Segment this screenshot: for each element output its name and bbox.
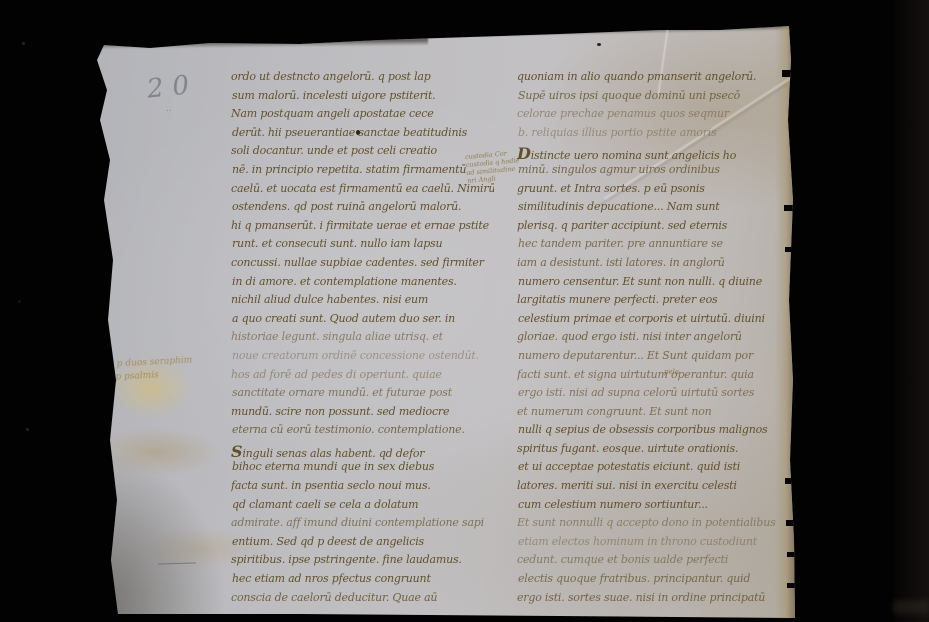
text-line: mundū. scire non possunt. sed mediocre — [231, 405, 494, 424]
text-line: ordo ut destncto angelorū. q post lap — [231, 70, 494, 89]
text-line: etiam electos hominum in throno custodiu… — [518, 535, 792, 554]
text-line: Nam postquam angeli apostatae cece — [231, 107, 494, 126]
slide-frame-strip — [893, 0, 929, 622]
text-line: admirate. aff imund diuini contemplation… — [231, 516, 494, 535]
manuscript-page: 20 .. quid p duos seraphimo se p psalmis… — [0, 0, 929, 622]
text-line: minū. singulos agmur uiros ordinibus — [518, 163, 792, 182]
text-line: et numerum congruunt. Et sunt non — [517, 405, 791, 424]
text-line: entium. Sed qd p deest de angelicis — [232, 535, 495, 554]
text-line: celestium primae et corporis et uirtutū.… — [518, 312, 792, 331]
ink-speck — [356, 130, 360, 135]
text-line: electis quoque fratribus. principantur. … — [518, 572, 792, 591]
folio-number: 20 — [146, 69, 200, 104]
frame-smudge — [893, 600, 929, 614]
text-line: plerisq. q pariter accipiunt. sed eterni… — [517, 219, 791, 238]
page-top-edge-shadow — [98, 39, 428, 49]
text-line: nulli q sepius de obsessis corporibus ma… — [518, 423, 792, 442]
text-line: ostendens. qd post ruinā angelorū malorū… — [232, 200, 495, 219]
text-line: quoniam in alio quando pmanserit angelor… — [517, 70, 791, 89]
text-line: hos ad forē ad pedes di operiunt. quiae — [231, 368, 494, 387]
text-line: facta sunt. in psentia seclo noui mus. — [231, 479, 494, 498]
ink-speck — [597, 43, 601, 46]
text-line: caelū. et uocata est firmamentū ea caelū… — [231, 182, 494, 201]
text-line: spiritus fugant. eosque. uirtute oration… — [517, 442, 791, 461]
pencil-mark — [158, 562, 196, 564]
edge-notch — [785, 478, 795, 484]
text-line: gruunt. et Intra sortes. p eū psonis — [517, 182, 791, 201]
text-line: Singuli senas alas habent. qd defor — [231, 442, 494, 461]
dust-speck — [18, 300, 21, 303]
text-line: Et sunt nonnulli q accepto dono in poten… — [517, 516, 791, 535]
text-line: facti sunt. et signa uirtutum operantur.… — [517, 368, 791, 387]
edge-notch — [782, 70, 793, 77]
edge-notch — [787, 552, 796, 557]
text-line: b. reliquias illius portio pstite amoris — [518, 126, 792, 145]
text-line: conscia de caelorū deducitur. Quae aū — [231, 591, 494, 610]
text-line: hec etiam ad nros pfectus congruunt — [232, 572, 495, 591]
text-line: runt. et consecuti sunt. nullo iam lapsu — [232, 237, 495, 256]
text-line: derūt. hii pseuerantiae sanctae beatitud… — [232, 126, 495, 145]
page-top-edge-shadow — [98, 25, 798, 46]
text-column-left: ordo ut destncto angelorū. q post lapsum… — [231, 70, 494, 609]
text-line: noue creatorum ordinē concessione ostend… — [232, 349, 495, 368]
margin-annotation: quid p duos seraphimo se p psalmis — [93, 352, 234, 385]
text-line: Distincte uero nomina sunt angelicis ho — [517, 144, 791, 163]
text-line: numero deputarentur... Et Sunt quidam po… — [518, 349, 792, 368]
text-line: hi q pmanserūt. i firmitate uerae et ern… — [231, 219, 494, 238]
dust-speck — [26, 428, 29, 431]
text-line: sanctitate ornare mundū. et futurae post — [232, 386, 495, 405]
text-line: Supē uiros ipsi quoque dominū uni psecō — [518, 89, 792, 108]
text-line: spiritibus. ipse pstringente. fine lauda… — [231, 553, 494, 572]
text-line: ergo isti. sortes suae. nisi in ordine p… — [517, 591, 791, 610]
text-line: gloriae. quod ergo isti. nisi inter ange… — [517, 330, 791, 349]
text-line: celorae prechae penamus quos seqmur — [517, 107, 791, 126]
text-line: iam a desistunt. isti latores. in anglor… — [517, 256, 791, 275]
text-line: cum celestium numero sortiuntur... — [518, 498, 792, 517]
text-line: soli docantur. unde et post celi creatio — [231, 144, 494, 163]
text-line: largitatis munere perfecti. preter eos — [517, 293, 791, 312]
text-line: nē. in principio repetita. statim firmam… — [232, 163, 495, 182]
text-line: historiae legunt. singula aliae utrisq. … — [231, 330, 494, 349]
slide-photograph: 20 .. quid p duos seraphimo se p psalmis… — [0, 0, 929, 622]
pencil-marks: .. — [166, 104, 172, 114]
text-line: sum malorū. incelesti uigore pstiterit. — [232, 89, 495, 108]
text-line: concussi. nullae supbiae cadentes. sed f… — [231, 256, 494, 275]
text-line: et ui acceptae potestatis eiciunt. quid … — [518, 460, 792, 479]
text-line: a quo creati sunt. Quod autem duo ser. i… — [232, 312, 495, 331]
text-line: ergo isti. nisi ad supna celorū uirtutū … — [518, 386, 792, 405]
text-line: hec tandem pariter. pre annuntiare se — [518, 237, 792, 256]
text-line: numero censentur. Et sunt non nulli. q d… — [518, 275, 792, 294]
text-line: eterna cū eorū testimonio. contemplation… — [232, 423, 495, 442]
text-line: bihoc eterna mundi que in sex diebus — [232, 460, 495, 479]
edge-notch — [787, 583, 796, 588]
text-line: latores. meriti sui. nisi in exercitu ce… — [517, 479, 791, 498]
text-line: nichil aliud dulce habentes. nisi eum — [231, 293, 494, 312]
edge-notch — [784, 205, 794, 211]
text-line: cedunt. cumque et bonis ualde perfecti — [517, 553, 791, 572]
edge-notch — [785, 247, 794, 252]
text-column-right: quoniam in alio quando pmanserit angelor… — [517, 70, 791, 609]
text-line: qd clamant caeli se cela a dolatum — [232, 498, 495, 517]
edge-notch — [786, 520, 796, 526]
text-line: similitudinis depucatione... Nam sunt — [518, 200, 792, 219]
text-line: in di amore. et contemplatione manentes. — [232, 275, 495, 294]
dust-speck — [22, 42, 25, 45]
